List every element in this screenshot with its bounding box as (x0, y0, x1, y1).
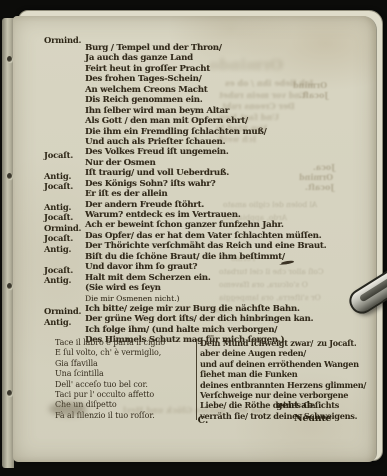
dialogue-line: Der andern Freude ſtöhrt. (44, 192, 366, 202)
speaker-label: Ormind. (44, 223, 81, 233)
speaker-label: Antig. (44, 202, 71, 212)
stage-direction: geht ab. (241, 401, 351, 411)
dialogue-line: Des Himmels Schutz mag für mich ſorgen.) (44, 327, 366, 337)
dialogue-line: Des frohen Tages-Schein/ (44, 66, 366, 76)
dialogue-line: Jocaſt.Ach er beweint ſchon ganzer funfz… (44, 212, 366, 222)
speaker-label: Ormind. (44, 306, 81, 316)
aria-line: Taci pur l' occulto affetto (55, 390, 196, 400)
stitch-mark (7, 173, 12, 179)
dialogue-line: Iſt traurig/ und voll Ueberdruß. (44, 160, 366, 170)
speaker-label: Antig. (44, 275, 71, 285)
speaker-label: Jocaſt. (44, 265, 73, 275)
aria-line: aber deine Augen reden/ (200, 348, 372, 358)
aria-line: Dell' acceſo tuo bel cor. (55, 380, 196, 390)
dialogue-line: Jocaſt.Der Thörichte verſchmäht das Reic… (44, 233, 366, 243)
speaker-label: Jocaſt. (44, 181, 73, 191)
dialogue-line: Als Gott / den man mit Opfern ehrt/ (44, 108, 366, 118)
aria-line: verräth ſie/ trotz deines Schweigens. (200, 411, 372, 421)
stitch-mark (7, 56, 12, 62)
dialogue-line: Dis Reich genommen ein. (44, 87, 366, 97)
dialogue-block: Ormind.Burg / Tempel und der Thron/Ja au… (44, 35, 366, 338)
aria-line: deines entbrannten Herzens glimmen/ (200, 380, 372, 390)
speaker-label: Antig. (44, 171, 71, 181)
dialogue-line: Ormind.Der grüne Weg dort iſts/ der dich… (44, 306, 366, 316)
dialogue-line: Ich bitte/ zeige mir zur Burg die nächſt… (44, 296, 366, 306)
dialogue-line: Des Volkes Freud iſt ungemein. (44, 139, 366, 149)
stitch-mark (7, 283, 12, 289)
aria-line: Verſchweige nur deine verborgene (200, 390, 372, 400)
dialogue-line: Ormind.Das Opfer/ das er hat dem Vater ſ… (44, 223, 366, 233)
aria-line: Dein Mund ſchweigt zwar/zu Jocaſt. (200, 338, 372, 348)
speaker-label: Antig. (44, 244, 71, 254)
stage-cue: zu Jocaſt. (313, 338, 356, 348)
book-page: OrmindoIch liebe ihn / ob esOrmindJocaſt… (13, 16, 377, 462)
signature-mark: C. (191, 415, 215, 426)
page-holder-clip (344, 266, 387, 314)
aria-line: ſiehet man die Funken (200, 369, 372, 379)
aria-line: E ſul volto, ch' è vermiglio, (55, 348, 196, 358)
dialogue-line: Ja auch das ganze Land (44, 45, 366, 55)
dialogue-line: An welchem Creons Macht (44, 77, 366, 87)
dialogue-line: Und auch als Prieſter ſchauen. (44, 129, 366, 139)
dialogue-line: Antig.Des Königs Sohn? iſts wahr? (44, 171, 366, 181)
clip-metal-band (345, 259, 387, 318)
dialogue-line: Ihn ſelber wird man beym Altar (44, 98, 366, 108)
dialogue-line: Jocaſt.Er iſt es der allein (44, 181, 366, 191)
dialogue-line: Die mir Osmenen nicht.) (44, 286, 366, 296)
dialogue-line: Feirt heut in groſſer Pracht (44, 56, 366, 66)
dialogue-line: Und davor ihm ſo graut? (44, 254, 366, 264)
aria-line: und auf deinen erröthenden Wangen (200, 359, 372, 369)
speaker-label: Jocaſt. (44, 212, 73, 222)
ink-smudge (49, 402, 87, 416)
dialogue-line: Jocaſt.Halt mit dem Scherzen ein. (44, 265, 366, 275)
speaker-label: Jocaſt. (44, 150, 73, 160)
stitch-mark (7, 390, 12, 396)
dialogue-line: Jocaſt.Nur der Osmen (44, 150, 366, 160)
aria-line: Gia ſfavilla (55, 359, 196, 369)
dialogue-line: Antig.(Sie wird es ſeyn (44, 275, 366, 285)
dialogue-line: Die ihm ein Fremdling ſchlachten muß/ (44, 119, 366, 129)
dialogue-line: Ormind.Burg / Tempel und der Thron/ (44, 35, 366, 45)
speaker-label: Jocaſt. (44, 233, 73, 243)
aria-line: Tace il labro e parla il ciglio (55, 338, 196, 348)
clip-slot (359, 275, 387, 302)
dialogue-line: Antig.Biſt du die ſchöne Braut/ die ihm … (44, 244, 366, 254)
dialogue-line: Antig.Warum? entdeck es im Vertrauen. (44, 202, 366, 212)
dialogue-line: Antig.Ich folge ihm/ (und halte mich ver… (44, 317, 366, 327)
speaker-label: Ormind. (44, 35, 81, 45)
speaker-label: Antig. (44, 317, 71, 327)
catchword: Neunte (294, 413, 331, 424)
aria-line: Una ſcintilla (55, 369, 196, 379)
